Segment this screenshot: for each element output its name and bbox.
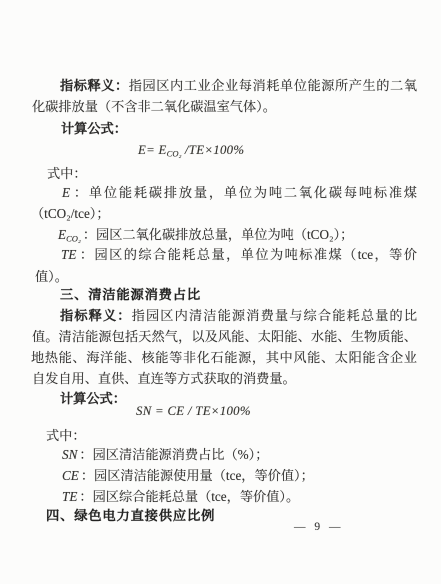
heading-green-power-direct-supply: 四、绿色电力直接供应比例: [46, 508, 215, 523]
sec2-item-e-line1: E：单位能耗碳排放量，单位为吨二氧化碳每吨标准煤: [62, 185, 417, 200]
variable-eco2: ECO₂: [58, 227, 81, 242]
sec2-item-te-line2: 值）。: [35, 269, 68, 284]
sec2-formula: E= ECO₂ /TE×100%: [138, 143, 244, 162]
definition-label: 指标释义：: [60, 78, 129, 93]
sec2-item-te-line1: TE：园区的综合能耗总量，单位为吨标准煤（tce，等价: [61, 247, 417, 262]
sec2-where-label: 式中：: [47, 166, 87, 181]
heading-clean-energy-share: 三、清洁能源消费占比: [60, 287, 201, 302]
item-te-text: ：园区的综合能耗总量，单位为吨标准煤（tce，等价: [78, 247, 417, 262]
definition-label: 指标释义：: [60, 308, 132, 323]
item-ce-text: ：园区清洁能源使用量（tce，等价值）；: [81, 468, 314, 483]
sec3-item-sn: SN：园区清洁能源消费占比（%）；: [62, 447, 268, 462]
formula-pre: E= E: [138, 143, 167, 157]
sec3-item-ce: CE：园区清洁能源使用量（tce，等价值）；: [62, 468, 314, 483]
page-number: — 9 —: [294, 520, 342, 535]
definition-text: 指园区内清洁能源消费量与综合能耗总量的比: [132, 308, 417, 323]
formula-subscript: CO₂: [167, 149, 182, 159]
sec2-definition-line2: 化碳排放量（不含非二氧化碳温室气体）。: [32, 99, 276, 114]
formula-post: /TE×100%: [181, 143, 244, 157]
sec3-formula: SN = CE / TE×100%: [136, 404, 251, 419]
sec2-calc-formula-label: 计算公式：: [61, 121, 127, 136]
sec3-where-label: 式中：: [46, 428, 86, 443]
variable-e: E: [62, 185, 70, 200]
sec3-item-te: TE：园区综合能耗总量（tce，等价值）。: [62, 489, 299, 504]
sec3-definition-line4: 自发自用、直供、直连等方式获取的消费量。: [32, 371, 296, 386]
item-te-text: ：园区综合能耗总量（tce，等价值）。: [79, 489, 299, 504]
variable-te: TE: [61, 247, 76, 262]
definition-text: 指园区内工业企业每消耗单位能源所产生的二氧: [129, 78, 417, 93]
sec2-definition-line1: 指标释义：指园区内工业企业每消耗单位能源所产生的二氧: [60, 78, 417, 93]
item-eco2-text: ：园区二氧化碳排放总量，单位为吨（tCO₂）；: [83, 227, 354, 242]
variable-ce: CE: [62, 468, 79, 483]
variable-sn: SN: [62, 447, 77, 462]
sec2-item-e-line2: （tCO₂/tce）；: [31, 206, 110, 221]
item-e-text: ：单位能耗碳排放量，单位为吨二氧化碳每吨标准煤: [72, 185, 417, 200]
sec3-calc-formula-label: 计算公式：: [60, 391, 126, 406]
item-sn-text: ：园区清洁能源消费占比（%）；: [79, 447, 268, 462]
variable-eco2-subscript: CO₂: [66, 234, 81, 244]
sec3-definition-line1: 指标释义：指园区内清洁能源消费量与综合能耗总量的比: [60, 308, 417, 323]
document-page: 指标释义：指园区内工业企业每消耗单位能源所产生的二氧 化碳排放量（不含非二氧化碳…: [0, 0, 441, 584]
sec2-item-eco2: ECO₂：园区二氧化碳排放总量，单位为吨（tCO₂）；: [58, 227, 353, 247]
variable-te: TE: [62, 489, 77, 504]
sec3-definition-line3: 地热能、海洋能、核能等非化石能源，其中风能、太阳能含企业: [31, 350, 417, 365]
sec3-definition-line2: 值。清洁能源包括天然气，以及风能、太阳能、水能、生物质能、: [32, 329, 417, 344]
